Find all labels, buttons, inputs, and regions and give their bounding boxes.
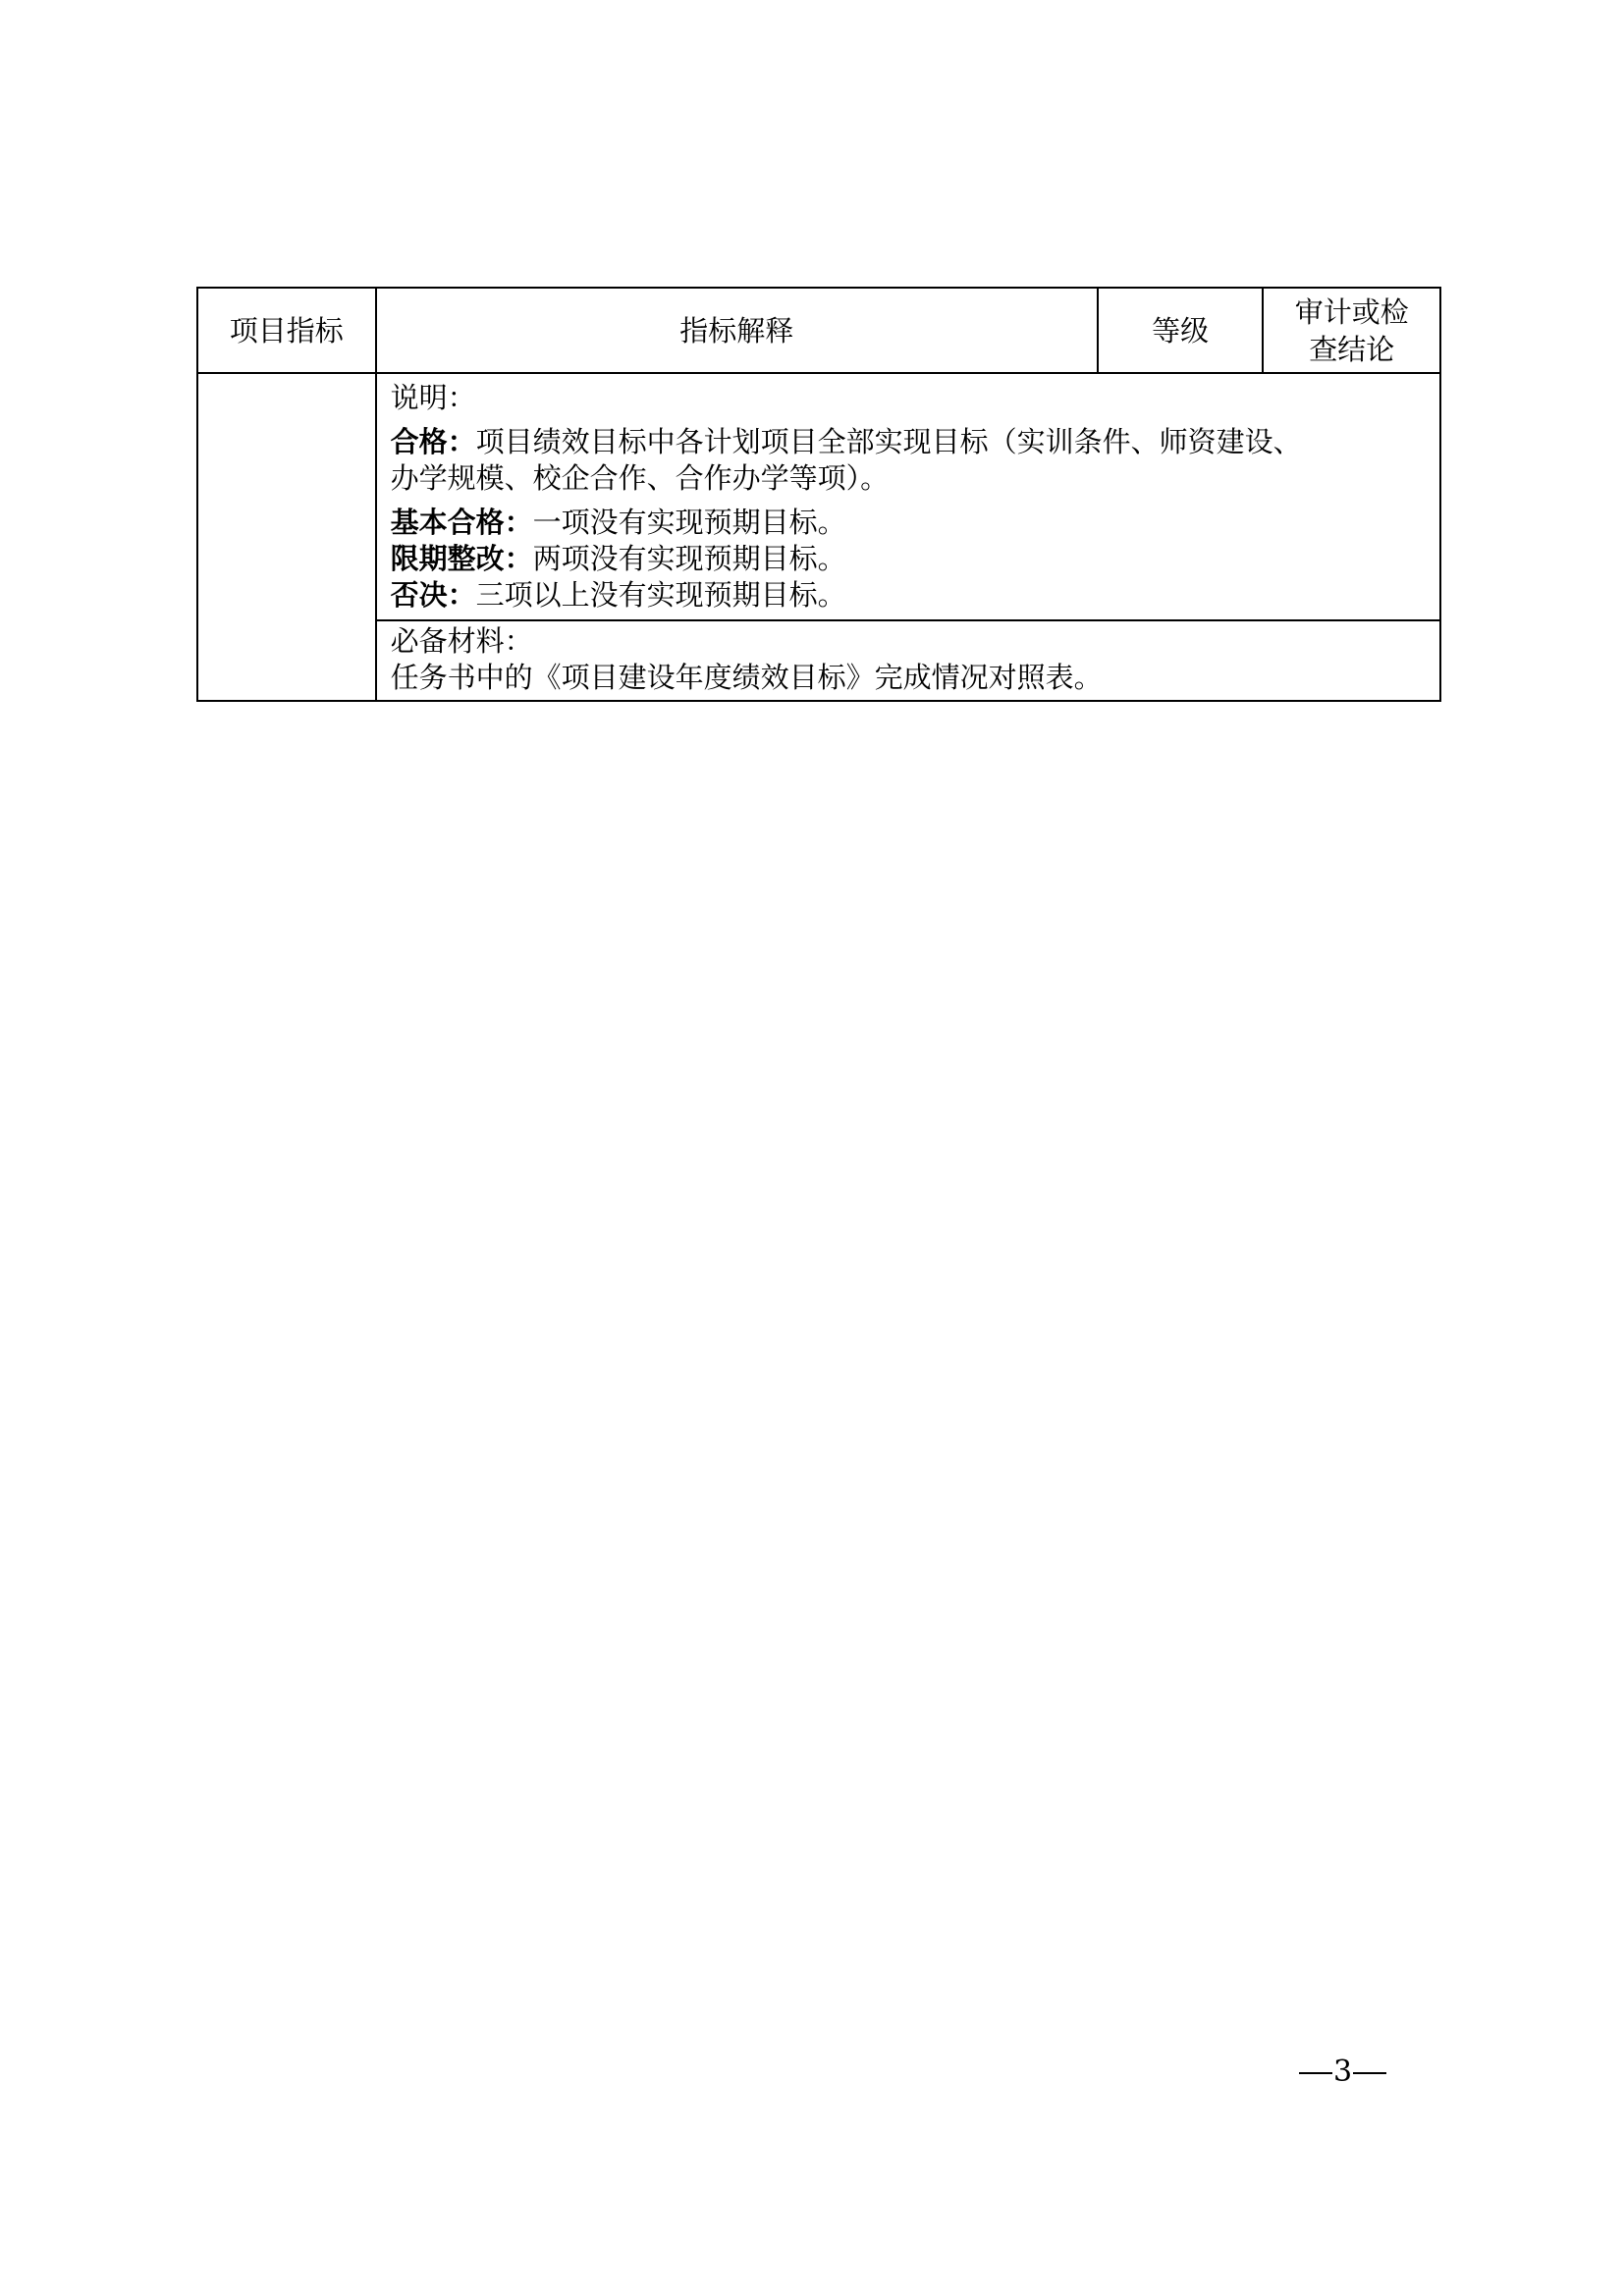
materials-cell: 必备材料： 任务书中的《项目建设年度绩效目标》完成情况对照表。 bbox=[376, 620, 1440, 701]
criterion-text: 一项没有实现预期目标。 bbox=[533, 506, 846, 539]
header-grade: 等级 bbox=[1098, 288, 1264, 373]
header-conclusion: 审计或检 查结论 bbox=[1263, 288, 1440, 373]
criterion-text: 三项以上没有实现预期目标。 bbox=[476, 578, 846, 612]
explanation-cell: 说明： 合格：项目绩效目标中各计划项目全部实现目标（实训条件、师资建设、 办学规… bbox=[376, 373, 1440, 620]
dash-left bbox=[1299, 2072, 1332, 2074]
header-indicator: 项目指标 bbox=[197, 288, 376, 373]
explanation-intro: 说明： bbox=[391, 380, 1430, 416]
table-row: 必备材料： 任务书中的《项目建设年度绩效目标》完成情况对照表。 bbox=[197, 620, 1440, 701]
criterion-veto: 否决：三项以上没有实现预期目标。 bbox=[391, 577, 1430, 614]
criterion-label: 合格： bbox=[391, 425, 476, 458]
page-number: 3 bbox=[1298, 2055, 1387, 2089]
criterion-label: 否决： bbox=[391, 578, 476, 612]
table-row: 说明： 合格：项目绩效目标中各计划项目全部实现目标（实训条件、师资建设、 办学规… bbox=[197, 373, 1440, 620]
page-number-value: 3 bbox=[1333, 2055, 1352, 2089]
criterion-text: 两项没有实现预期目标。 bbox=[533, 542, 846, 575]
criterion-pass: 合格：项目绩效目标中各计划项目全部实现目标（实训条件、师资建设、 bbox=[391, 424, 1430, 460]
header-explanation: 指标解释 bbox=[376, 288, 1098, 373]
materials-text: 任务书中的《项目建设年度绩效目标》完成情况对照表。 bbox=[391, 660, 1430, 696]
criterion-label: 限期整改： bbox=[391, 542, 533, 575]
criterion-basic-pass: 基本合格：一项没有实现预期目标。 bbox=[391, 505, 1430, 541]
indicator-table: 项目指标 指标解释 等级 审计或检 查结论 说明： 合格：项目绩效目标中各计划项… bbox=[196, 287, 1441, 702]
header-conclusion-line-1: 审计或检 bbox=[1264, 294, 1439, 331]
table-header-row: 项目指标 指标解释 等级 审计或检 查结论 bbox=[197, 288, 1440, 373]
criterion-text: 项目绩效目标中各计划项目全部实现目标（实训条件、师资建设、 bbox=[476, 425, 1302, 458]
criterion-pass-continued: 办学规模、校企合作、合作办学等项）。 bbox=[391, 460, 1430, 497]
indicator-cell bbox=[197, 373, 376, 701]
criterion-label: 基本合格： bbox=[391, 506, 533, 539]
header-conclusion-line-2: 查结论 bbox=[1264, 331, 1439, 368]
dash-right bbox=[1353, 2072, 1386, 2074]
criterion-rectify: 限期整改：两项没有实现预期目标。 bbox=[391, 541, 1430, 577]
materials-title: 必备材料： bbox=[391, 623, 1430, 660]
